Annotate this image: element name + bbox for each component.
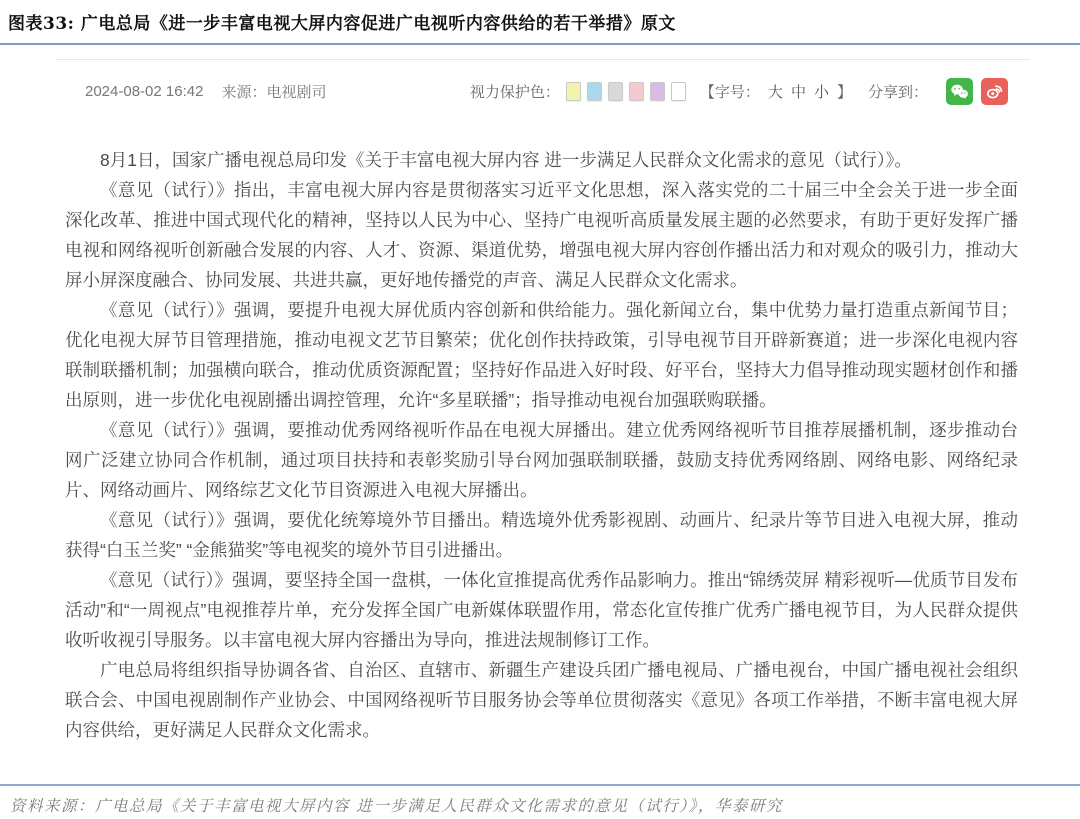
article-meta-right: 视力保护色： 【字号： 大 中 小 】 分享到：: [470, 78, 1008, 105]
eye-color-swatch-white[interactable]: [671, 82, 686, 101]
font-size-option-large[interactable]: 大: [768, 81, 783, 102]
weibo-share-icon[interactable]: [981, 78, 1008, 105]
article-paragraph: 《意见（试行）》强调，要坚持全国一盘棋，一体化宣推提高优秀作品影响力。推出“锦绣…: [65, 565, 1018, 655]
figure-source: 资料来源：广电总局《关于丰富电视大屏内容 进一步满足人民群众文化需求的意见（试行…: [10, 794, 1080, 816]
eye-color-swatch-blue[interactable]: [587, 82, 602, 101]
figure-title: 图表33: 广电总局《进一步丰富电视大屏内容促进广电视听内容供给的若干举措》原文: [0, 0, 1080, 34]
font-size-control: 【字号： 大 中 小 】: [700, 81, 852, 102]
eye-color-swatch-purple[interactable]: [650, 82, 665, 101]
font-size-bracket-close: 】: [837, 81, 852, 102]
font-size-bracket-open: 【字号：: [700, 81, 760, 102]
eye-color-swatches: [566, 82, 686, 101]
eye-color-swatch-yellow[interactable]: [566, 82, 581, 101]
font-size-option-small[interactable]: 小: [814, 81, 829, 102]
wechat-share-icon[interactable]: [946, 78, 973, 105]
article-paragraph: 《意见（试行）》强调，要推动优秀网络视听作品在电视大屏播出。建立优秀网络视听节目…: [65, 415, 1018, 505]
eye-color-swatch-gray[interactable]: [608, 82, 623, 101]
eye-protect-label: 视力保护色：: [470, 81, 560, 102]
article-body: 8月1日，国家广播电视总局印发《关于丰富电视大屏内容 进一步满足人民群众文化需求…: [65, 145, 1018, 745]
share-label: 分享到：: [868, 81, 928, 102]
article-paragraph: 广电总局将组织指导协调各省、自治区、直辖市、新疆生产建设兵团广播电视局、广播电视…: [65, 655, 1018, 745]
article-paragraph: 8月1日，国家广播电视总局印发《关于丰富电视大屏内容 进一步满足人民群众文化需求…: [65, 145, 1018, 175]
article-source: 来源：电视剧司: [221, 81, 326, 102]
article-meta-bar: 2024-08-02 16:42 来源：电视剧司 视力保护色： 【字号： 大 中…: [55, 78, 1030, 105]
article-paragraph: 《意见（试行）》指出，丰富电视大屏内容是贯彻落实习近平文化思想，深入落实党的二十…: [65, 175, 1018, 295]
title-divider: [0, 43, 1080, 45]
article-paragraph: 《意见（试行）》强调，要提升电视大屏优质内容创新和供给能力。强化新闻立台，集中优…: [65, 295, 1018, 415]
font-size-option-medium[interactable]: 中: [791, 81, 806, 102]
article-paragraph: 《意见（试行）》强调，要优化统筹境外节目播出。精选境外优秀影视剧、动画片、纪录片…: [65, 505, 1018, 565]
eye-color-swatch-pink[interactable]: [629, 82, 644, 101]
footer-divider: [0, 784, 1080, 786]
article-meta-left: 2024-08-02 16:42 来源：电视剧司: [85, 81, 326, 102]
article-panel: 2024-08-02 16:42 来源：电视剧司 视力保护色： 【字号： 大 中…: [55, 59, 1030, 745]
publish-datetime: 2024-08-02 16:42: [85, 83, 203, 100]
figure-footer: 资料来源：广电总局《关于丰富电视大屏内容 进一步满足人民群众文化需求的意见（试行…: [0, 784, 1080, 816]
